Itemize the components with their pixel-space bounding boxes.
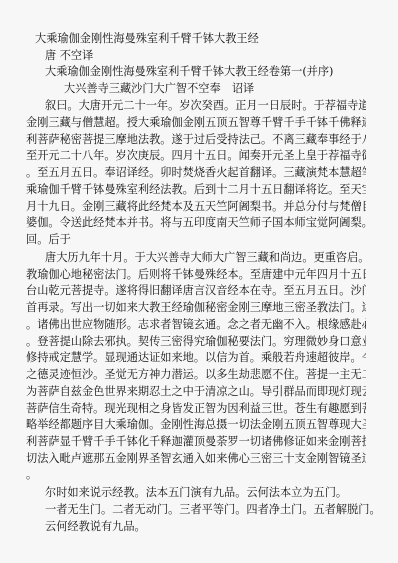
preface-line: 金刚三藏与僧慧超。授大乘瑜伽金刚五顶五智尊千臂千手千钵千佛释迦曼殊室 (26, 116, 366, 130)
body-line: 菩萨信生奇特。现光现相之身皆发正智为因利益三世。苍生有趣愿到菩提。次 (26, 402, 366, 416)
body-line: 略举经都题序目大乘瑜伽。金刚性海总摄一切法金刚五顶五智尊现大圣曼殊室 (26, 418, 366, 432)
author-line: 唐 不空译 (45, 49, 385, 63)
preface-line: 叙曰。大唐开元二十一年。岁次癸酉。正月一日辰时。于荐福寺道场内。 (45, 99, 366, 113)
body-line: 。诸佛出世应物随形。志求者智镜玄通。念之者无幽不入。根缘感赴必藉此经 (26, 318, 366, 332)
body-line: 首再录。写出一切如来大教王经瑜伽秘密金刚三摩地三密圣教法门。述经秘义 (26, 301, 366, 315)
preface-line: 月十九日。金刚三藏将此经梵本及五天竺阿阇梨书。并总分付与梵僧目叉难陀 (26, 200, 366, 214)
preface-line: 利菩萨秘密菩提三摩地法教。遂于过后受持法己。不离三藏奉事经于八载。后 (26, 133, 366, 147)
gate-line: 云何经教说有九品。 (45, 520, 385, 534)
body-line: 切法入毗卢遮那五金刚界圣智玄通入如来佛心三密三十支金刚智镜圣道性海故 (26, 452, 366, 466)
document-title: 大乘瑜伽金刚性海曼殊室利千臂千钵大教王经 (35, 32, 375, 46)
body-line: 利菩萨显千臂千手千钵化千释迦灌顶曼荼罗一切诸佛修证如来金刚菩提具足一 (26, 435, 366, 449)
preface-line: 至开元二十八年。岁次庚辰。四月十五日。闻奏开元圣上皇于荐福寺御道场内 (26, 149, 366, 163)
preface-line: 回。后于 (26, 233, 366, 247)
body-line: 为菩萨自兹金色世界来期忍土之中于清凉之山。导引群品而即现灯现云。及万 (26, 385, 366, 399)
body-line: 之德灵迹恒沙。圣觉无方神力潜运。以多生劫悲愿不住。菩提一主无二尊见。 (26, 368, 366, 382)
gate-line: 尔时如来说示经教。法本五门演有九品。云何法本立为五门。 (45, 486, 385, 500)
body-line: 唐大历九年十月。于大兴善寺大师大广智三藏和尚边。更重咨启。决择大 (45, 251, 366, 265)
preface-line: 婆伽。令送此经梵本并书。将与五印度南天竺师子国本师宝觉阿阇梨。经今不 (26, 216, 366, 230)
preface-line: 乘瑜伽千臂千钵曼殊室利经法教。后到十二月十五日翻译将讫。至天宝一年二 (26, 183, 366, 197)
body-line: 修持戒定慧学。显现通达证如来地。以信为首。乘般若舟速超彼岸。今述曼殊 (26, 351, 366, 365)
translator-line: 大兴善寺三藏沙门大广智不空奉 诏译 (64, 82, 398, 96)
body-line: 台山乾元菩提寺。遂将得旧翻译唐言汉音经本在寺。至五月五日。沙门慧超起 (26, 284, 366, 298)
preface-line: 。至五月五日。奉诏译经。卯时焚烧香火起首翻译。三藏演梵本慧超笔授。大 (26, 166, 366, 180)
gate-line: 一者无生门。二者无动门。三者平等门。四者净土门。五者解脱门。 (45, 503, 385, 517)
body-line: 教瑜伽心地秘密法门。后则将千钵曼殊经本。至唐建中元年四月十五日。到五 (26, 268, 366, 282)
volume-title: 大乘瑜伽金刚性海曼殊室利千臂千钵大教王经卷第一(并序) (45, 65, 375, 79)
document-page: 大乘瑜伽金刚性海曼殊室利千臂千钵大教王经 唐 不空译 大乘瑜伽金刚性海曼殊室利千… (0, 0, 398, 563)
body-line: 。登菩提山除去邪执。契传三密得究瑜伽秘要法门。穷理微妙身口意业。用智 (26, 335, 366, 349)
body-line: 。 (26, 468, 366, 482)
